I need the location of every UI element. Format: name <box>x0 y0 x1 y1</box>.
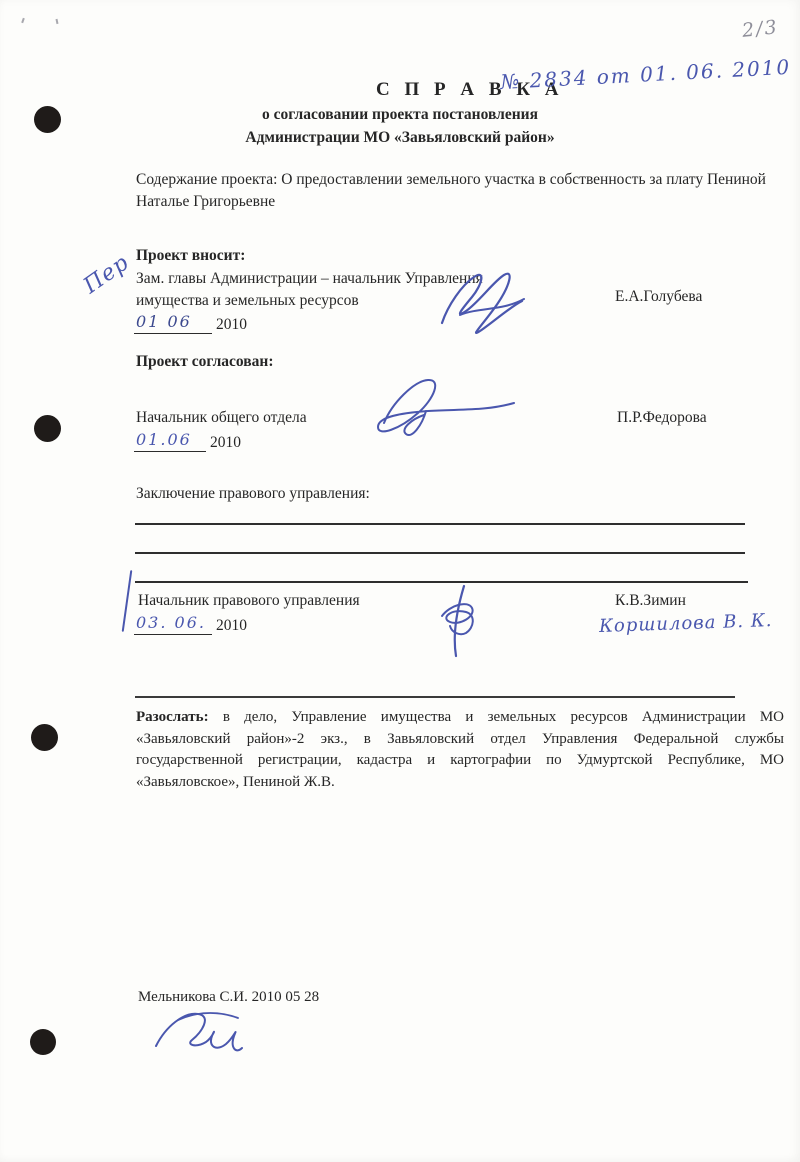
submitted-by-year: 2010 <box>212 316 247 334</box>
signature-executor <box>150 1006 245 1064</box>
agreed-by-heading: Проект согласован: <box>136 351 274 373</box>
scan-speck <box>55 19 58 24</box>
signature-submitted-by <box>432 263 532 345</box>
legal-head-name-handwritten: Коршилова В. К. <box>599 610 773 637</box>
margin-slash-handwritten <box>122 570 133 632</box>
document-subtitle-line2: Администрации МО «Завьяловский район» <box>0 129 800 147</box>
document-subtitle-line1: о согласовании проекта постановления <box>0 106 800 124</box>
agreed-by-year: 2010 <box>206 434 241 452</box>
legal-head-signer-name: К.В.Зимин <box>615 590 686 612</box>
agreed-by-date-row: 01.06 2010 <box>134 430 241 452</box>
agreed-by-position: Начальник общего отдела <box>136 407 307 429</box>
submitted-by-signer-name: Е.А.Голубева <box>615 286 702 308</box>
legal-head-date-row: 03. 06. 2010 <box>134 613 247 635</box>
margin-note-handwritten: Пер <box>79 250 134 299</box>
legal-opinion-heading: Заключение правового управления: <box>136 483 370 505</box>
date-underline: 01 06 <box>134 312 212 334</box>
submitted-by-position-line2: имущества и земельных ресурсов <box>136 290 359 312</box>
scan-speck <box>21 18 25 23</box>
distribution-label: Разослать: <box>136 709 209 725</box>
agreed-by-date-handwritten: 01.06 <box>136 430 192 449</box>
project-summary: Содержание проекта: О предоставлении зем… <box>136 169 778 213</box>
signature-agreed-by <box>370 375 520 441</box>
blank-line <box>135 552 745 554</box>
agreed-by-signer-name: П.Р.Федорова <box>617 407 707 429</box>
submitted-by-position-line1: Зам. главы Администрации – начальник Упр… <box>136 268 483 290</box>
submitted-by-date-handwritten: 01 06 <box>136 312 192 331</box>
executor-line: Мельникова С.И. 2010 05 28 <box>138 989 319 1006</box>
signature-legal-head <box>430 580 482 660</box>
blank-line <box>135 523 745 525</box>
page-number-pencil: 2/3 <box>741 16 780 42</box>
hole-punch-mark <box>34 415 61 442</box>
legal-head-position: Начальник правового управления <box>138 590 360 612</box>
legal-head-year: 2010 <box>212 617 247 635</box>
date-underline: 03. 06. <box>134 613 212 635</box>
separator-line <box>135 696 735 698</box>
document-number-handwritten: № 2834 от 01. 06. 2010 <box>500 55 792 94</box>
scanned-document-page: 2/3 С П Р А В К А № 2834 от 01. 06. 2010… <box>0 0 800 1162</box>
distribution-paragraph: Разослать: в дело, Управление имущества … <box>136 707 784 793</box>
distribution-text: в дело, Управление имущества и земельных… <box>136 709 784 790</box>
hole-punch-mark <box>30 1029 56 1055</box>
hole-punch-mark <box>31 724 58 751</box>
submitted-by-date-row: 01 06 2010 <box>134 312 247 334</box>
submitted-by-heading: Проект вносит: <box>136 245 245 267</box>
legal-head-date-handwritten: 03. 06. <box>136 613 206 632</box>
date-underline: 01.06 <box>134 430 206 452</box>
